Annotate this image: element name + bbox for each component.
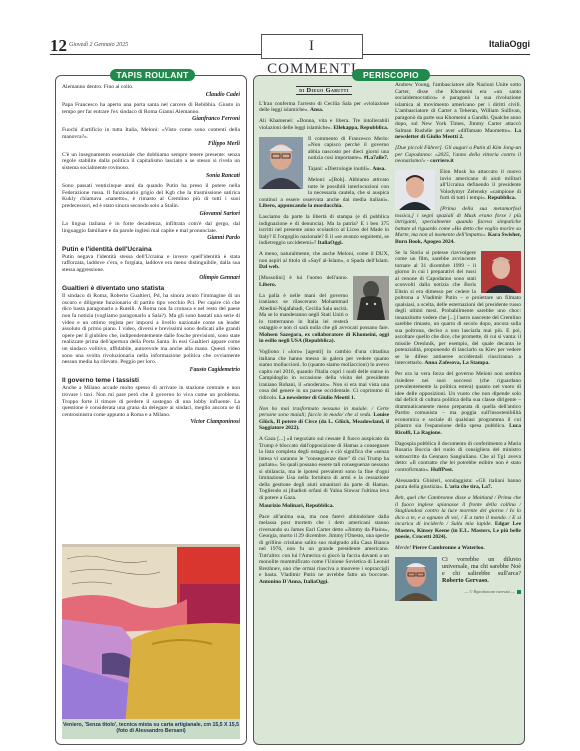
- tapis-item: Putin e l'identità dell'Ucraina Putin ne…: [62, 246, 240, 281]
- item-text: A meno, naturalmente, che anche Meloni, …: [259, 251, 389, 264]
- copyright-text: — © Riproduzione riservata —: [464, 589, 515, 594]
- item-source: La newsletter di Giulio Meotti 1.: [279, 395, 355, 401]
- tapis-item: Alemanno dentro. Fino al collo. Claudio …: [62, 84, 240, 98]
- byline-text: di Diego Gabutti: [296, 86, 351, 95]
- periscopio-item: Se la Storia si potesse riavvolgere come…: [395, 250, 521, 367]
- item-text: Dagospia pubblica il documento di confer…: [395, 441, 521, 473]
- item-headline: Putin e l'identità dell'Ucraina: [62, 246, 240, 254]
- tapis-item: Il governo teme i tassisti Anche a Milan…: [62, 377, 240, 426]
- portrait-putin: [481, 251, 521, 293]
- periscopio-item: L'Iran conferma l'arresto di Cecilia Sal…: [259, 101, 389, 114]
- section-title: I COMMENTI: [261, 34, 363, 59]
- periscopio-item: A meno, naturalmente, che anche Meloni, …: [259, 251, 389, 271]
- periscopio-item: Elon Musk ha attaccato il nuovo invio am…: [395, 169, 521, 202]
- item-source: Anna Zafesova, La Stampa.: [424, 360, 489, 366]
- item-text: Il sindaco di Roma, Roberto Gualtieri, P…: [62, 293, 240, 366]
- periscopio-item: A Gaza [...] «il negoziato sul cessate i…: [259, 436, 389, 501]
- tapis-item: La lingua italiana è in forte decadenza,…: [62, 221, 240, 242]
- tapis-roulant-tag: TAPIS ROULANT: [110, 69, 195, 81]
- item-author: Fausto Cagidemetrio: [62, 367, 240, 374]
- item-text: Non ho mai trasformato nessuno in maiale…: [259, 406, 389, 419]
- periscopio-column-1: di Diego Gabutti L'Iran conferma l'arres…: [259, 82, 389, 590]
- periscopio-item: Ali Khamenei: «Donna, vita e libera. Tre…: [259, 118, 389, 131]
- item-source: Libero, appuncando la mordacchia.: [259, 203, 343, 209]
- periscopio-item: [Due piccoli Führer]. Gli auguri a Putin…: [395, 145, 521, 165]
- item-text: Merde!: [395, 545, 411, 551]
- periscopio-item: Per ora la vera forza del governo Meloni…: [395, 371, 521, 436]
- periscopio-item: Dagospia pubblica il documento di confer…: [395, 441, 521, 474]
- item-text: Pace all'anima sua, ma non fatevi abbind…: [259, 514, 389, 579]
- item-source: Dal web.: [259, 264, 279, 270]
- portrait-mussolini: [353, 276, 389, 320]
- item-author: Gianfranco Ferroni: [62, 116, 240, 123]
- periscopio-box: di Diego Gabutti L'Iran conferma l'arres…: [253, 75, 525, 745]
- periscopio-column-2: Andrew Young, l'ambasciatore alle Nazion…: [395, 82, 521, 603]
- item-text: L'Iran conferma l'arresto di Cecilia Sal…: [259, 101, 389, 114]
- item-source: Repubblica.: [488, 195, 516, 201]
- periscopio-item: Vogliono i «loro» [agenti] in cambio d'u…: [259, 349, 389, 401]
- page-number: 12: [50, 36, 67, 56]
- item-author: Gianni Pardo: [62, 235, 240, 242]
- periscopio-item: Maurizio Molinari, Repubblica.: [259, 503, 389, 510]
- item-text: Alemanno dentro. Fino al collo.: [62, 84, 240, 91]
- masthead: 12 Giovedì 2 Gennaio 2025 I COMMENTI Ita…: [50, 34, 530, 60]
- item-text: Anche a Milano accade molto spesso di ar…: [62, 385, 240, 418]
- item-text: Fuochi d'artificio in tutta Italia, Melo…: [62, 127, 240, 140]
- tapis-item: Gualtieri è diventato uno statista Il si…: [62, 285, 240, 373]
- item-text: Putin negava l'identità stessa dell'Ucra…: [62, 254, 240, 274]
- item-source: ItaliaOggi.: [318, 240, 343, 246]
- item-headline: Gualtieri è diventato uno statista: [62, 285, 240, 293]
- item-source: Maurizio Molinari, Repubblica.: [259, 503, 334, 509]
- page-date: Giovedì 2 Gennaio 2025: [69, 42, 128, 48]
- painting-image: [62, 544, 240, 727]
- portrait-roberto-gervaso: [395, 557, 437, 601]
- item-source: Libero.: [259, 282, 276, 288]
- periscopio-item: Alessandra Ghisleri, sondaggista: «Gli i…: [395, 478, 521, 491]
- item-source: L'aria che tira, La7.: [445, 484, 492, 490]
- portrait-elon-musk: [395, 170, 435, 210]
- tapis-item: Sono passati venticinque anni da quando …: [62, 183, 240, 217]
- item-source: Ansa.: [372, 166, 385, 172]
- tapis-item: Fuochi d'artificio in tutta Italia, Melo…: [62, 127, 240, 148]
- item-text: Vogliono i «loro» [agenti] in cambio d'u…: [259, 349, 389, 401]
- item-text: Andrew Young, l'ambasciatore alle Nazion…: [395, 82, 521, 134]
- periscopio-item: Pace all'anima sua, ma non fatevi abbind…: [259, 514, 389, 586]
- item-headline: Il governo teme i tassisti: [62, 377, 240, 385]
- item-text: La lingua italiana è in forte decadenza,…: [62, 221, 240, 234]
- square-bullet-icon: [517, 590, 521, 594]
- item-source: Ansa.: [310, 107, 323, 113]
- item-source: HuffPost.: [431, 467, 453, 473]
- item-source: #La7alle7.: [364, 155, 388, 161]
- periscopio-item: [Prima della sua metamorfosi tossica,] i…: [395, 206, 521, 245]
- periscopio-item: Lasciamo da parte la libertà di stampa (…: [259, 214, 389, 247]
- item-text: Sono passati venticinque anni da quando …: [62, 183, 240, 209]
- item-text: [Due piccoli Führer]. Gli auguri a Putin…: [395, 145, 521, 164]
- periscopio-item: Beh, quel che Cambronne disse a Maitland…: [395, 495, 521, 541]
- item-author: Claudio Cadei: [62, 92, 240, 99]
- item-source: Roberto Gervaso.: [442, 577, 489, 584]
- item-text: A Gaza [...] «il negoziato sul cessate i…: [259, 436, 389, 501]
- item-author: Filippo Merli: [62, 141, 240, 148]
- periscopio-item: Ci vorrebbe un diluvio universale, ma ch…: [395, 556, 521, 584]
- item-text: C'è un insegnamento essenziale che dobbi…: [62, 152, 240, 172]
- item-author: Giovanni Sartori: [62, 211, 240, 218]
- item-text: Tajani: «Dietrologie inutili».: [308, 166, 371, 172]
- tapis-item: Papa Francesco ha aperto una porta santa…: [62, 102, 240, 123]
- item-source: Pierre Cambronne a Waterloo.: [412, 545, 484, 551]
- portrait-francesco-merlo: [259, 137, 303, 189]
- tapis-item: C'è un insegnamento essenziale che dobbi…: [62, 152, 240, 179]
- item-source: Mohsen Sazegara, ex collaboratore di Kho…: [259, 332, 389, 345]
- periscopio-item: Andrew Young, l'ambasciatore alle Nazion…: [395, 82, 521, 141]
- periscopio-item: Merde! Pierre Cambronne a Waterloo.: [395, 545, 521, 552]
- periscopio-item: Non ho mai trasformato nessuno in maiale…: [259, 406, 389, 432]
- brand-logo: ItaliaOggi: [489, 39, 530, 49]
- item-text: Per ora la vera forza del governo Meloni…: [395, 371, 521, 429]
- item-author: Sonia Rancati: [62, 173, 240, 180]
- periscopio-item: Il commento di Francesco Merlo: «Non cap…: [259, 136, 389, 162]
- periscopio-tag: PERISCOPIO: [352, 69, 430, 81]
- item-source: Antonino D'Anna, ItaliaOggi.: [259, 579, 329, 585]
- tapis-roulant-box: Alemanno dentro. Fino al collo. Claudio …: [55, 75, 247, 745]
- periscopio-item: [Mussolini] è lui l'uomo dell'anno. Libe…: [259, 275, 389, 288]
- item-author: Olimpio Gennari: [62, 275, 240, 282]
- painting-caption: Veniero, 'Senza titolo', tecnica mista s…: [62, 719, 240, 739]
- item-source: corriere.it: [430, 158, 454, 164]
- item-text: [Mussolini] è lui l'uomo dell'anno.: [259, 275, 348, 281]
- byline: di Diego Gabutti: [259, 88, 389, 95]
- item-text: Ci vorrebbe un diluvio universale, ma ch…: [442, 556, 521, 577]
- item-text: Papa Francesco ha aperto una porta santa…: [62, 102, 240, 115]
- item-author: Victor Ciamponinosi: [62, 419, 240, 426]
- item-source: Ellekappa, Repubblica.: [333, 125, 388, 131]
